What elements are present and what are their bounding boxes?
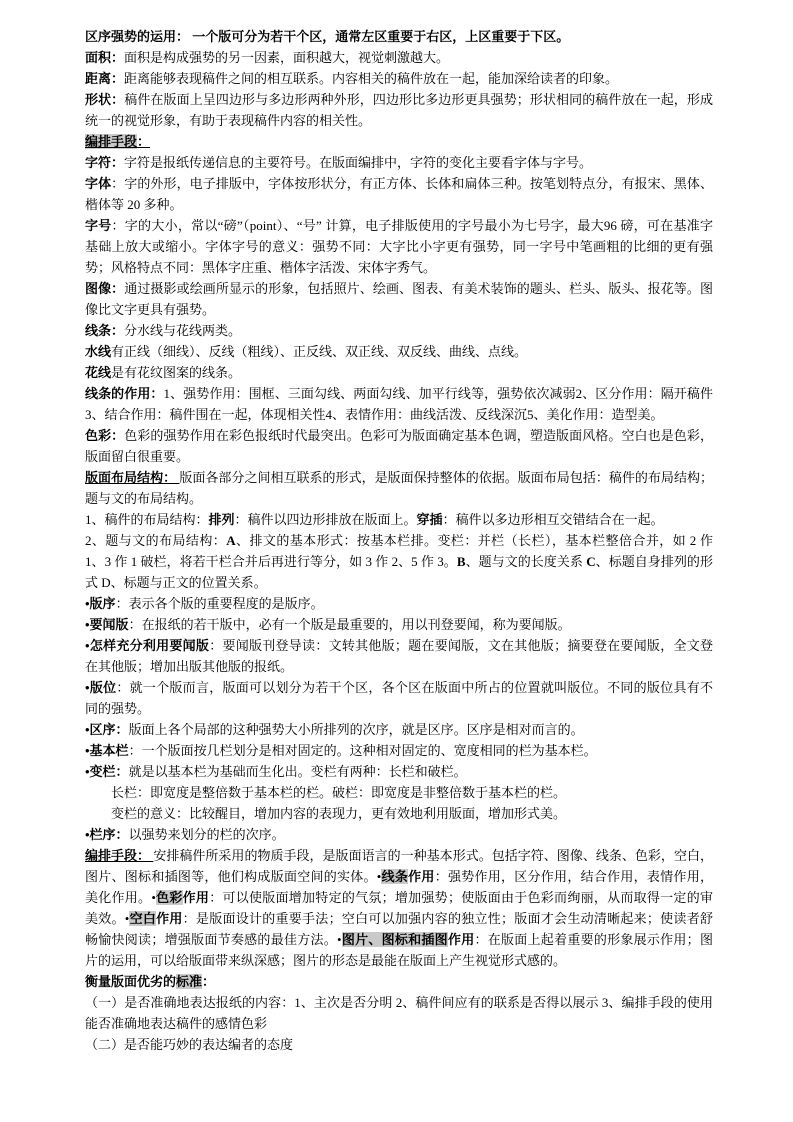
text-run: •栏序： <box>85 827 129 842</box>
paragraph: 区序强势的运用： 一个版可分为若干个区，通常左区重要于右区，上区重要于下区。 <box>85 26 713 47</box>
text-run: 是有花纹图案的线条。 <box>111 365 241 380</box>
paragraph: 字符：字符是报纸传递信息的主要符号。在版面编排中，字符的变化主要看字体与字号。 <box>85 152 713 173</box>
document-page: 区序强势的运用： 一个版可分为若干个区，通常左区重要于右区，上区重要于下区。面积… <box>0 0 793 1122</box>
paragraph: 编排手段： <box>85 131 713 152</box>
text-run: ： <box>137 134 150 149</box>
text-run: 有正线（细线）、反线（粗线）、正反线、双正线、双反线、曲线、点线。 <box>111 344 527 359</box>
text-run: 作用 <box>156 911 183 926</box>
text-run: 版面各部分之间相互联系的形式，是版面保持整体的依据。版面布局包括：稿件的布局结构… <box>85 470 713 506</box>
text-run: 作用 <box>448 932 475 947</box>
text-run: （二）是否能巧妙的表达编者的态度 <box>85 1037 293 1052</box>
text-run: 面积： <box>85 50 124 65</box>
text-run: 空白 <box>129 911 156 926</box>
text-run: 长栏：即宽度是整倍数于基本栏的栏。破栏：即宽度是非整倍数于基本栏的栏。 <box>111 785 566 800</box>
paragraph: 图像：通过摄影或绘画所显示的形象，包括照片、绘画、图表、有美术装饰的题头、栏头、… <box>85 278 713 320</box>
paragraph: 形状：稿件在版面上呈四边形与多边形两种外形，四边形比多边形更具强势；形状相同的稿… <box>85 89 713 131</box>
text-run: 水线 <box>85 344 111 359</box>
text-run: 以强势来划分的栏的次序。 <box>129 827 285 842</box>
text-run: •变栏： <box>85 764 129 779</box>
text-run: 线条的作用： <box>85 386 164 401</box>
paragraph: 变栏的意义：比较醒目，增加内容的表现力，更有效地利用版面，增加形式美。 <box>85 803 713 824</box>
text-run: （一）是否准确地表达报纸的内容：1、主次是否分明 2、稿件间应有的联系是否得以展… <box>85 995 713 1031</box>
text-run: •版序 <box>85 596 116 611</box>
text-run: ：稿件以多边形相互交错结合在一起。 <box>443 512 664 527</box>
paragraph: 字号：字的大小，常以“磅”（point）、“号” 计算，电子排版使用的字号最小为… <box>85 215 713 278</box>
paragraph: （一）是否准确地表达报纸的内容：1、主次是否分明 2、稿件间应有的联系是否得以展… <box>85 992 713 1034</box>
text-run: ：一个版面按几栏划分是相对固定的。这种相对固定的、宽度相同的栏为基本栏。 <box>129 743 597 758</box>
paragraph: 面积：面积是构成强势的另一因素，面积越大，视觉刺激越大。 <box>85 47 713 68</box>
text-run: 面积是构成强势的另一因素，面积越大，视觉刺激越大。 <box>124 50 449 65</box>
text-run: 穿插 <box>417 512 443 527</box>
text-run: 距离能够表现稿件之间的相互联系。内容相关的稿件放在一起，能加深给读者的印象。 <box>124 71 618 86</box>
text-run: 、题与文的长度关系 <box>466 554 587 569</box>
paragraph: •变栏：就是以基本栏为基础而生化出。变栏有两种：长栏和破栏。 <box>85 761 713 782</box>
text-run: 编排手段 <box>85 134 137 149</box>
paragraph: 色彩：色彩的强势作用在彩色报纸时代最突出。色彩可为版面确定基本色调，塑造版面风格… <box>85 425 713 467</box>
paragraph: 线条：分水线与花线两类。 <box>85 320 713 341</box>
paragraph: 2、题与文的布局结构：A、排文的基本形式：按基本栏排。变栏：并栏（长栏），基本栏… <box>85 530 713 593</box>
text-run: 编排手段： <box>85 848 153 863</box>
text-run: 标准 <box>176 974 202 989</box>
text-run: •要闻版 <box>85 617 129 632</box>
text-run: ：字的外形，电子排版中，字体按形状分，有正方体、长体和扁体三种。按笔划特点分，有… <box>85 176 713 212</box>
text-run: 色彩 <box>156 890 183 905</box>
paragraph: 长栏：即宽度是整倍数于基本栏的栏。破栏：即宽度是非整倍数于基本栏的栏。 <box>85 782 713 803</box>
paragraph: 水线有正线（细线）、反线（粗线）、正反线、双正线、双反线、曲线、点线。 <box>85 341 713 362</box>
paragraph: 距离：距离能够表现稿件之间的相互联系。内容相关的稿件放在一起，能加深给读者的印象… <box>85 68 713 89</box>
text-run: 2、题与文的布局结构： <box>85 533 226 548</box>
paragraph: 版面布局结构： 版面各部分之间相互联系的形式，是版面保持整体的依据。版面布局包括… <box>85 467 713 509</box>
text-run: 通过摄影或绘画所显示的形象，包括照片、绘画、图表、有美术装饰的题头、栏头、版头、… <box>85 281 713 317</box>
paragraph: •栏序：以强势来划分的栏的次序。 <box>85 824 713 845</box>
text-run: 距离： <box>85 71 124 86</box>
document-content: 区序强势的运用： 一个版可分为若干个区，通常左区重要于右区，上区重要于下区。面积… <box>85 26 713 1055</box>
paragraph: （二）是否能巧妙的表达编者的态度 <box>85 1034 713 1055</box>
paragraph: 线条的作用：1、强势作用：围框、三面勾线、两面勾线、加平行线等，强势依次减弱2、… <box>85 383 713 425</box>
text-run: ： <box>202 974 215 989</box>
text-run: B <box>457 554 466 569</box>
paragraph: 字体：字的外形，电子排版中，字体按形状分，有正方体、长体和扁体三种。按笔划特点分… <box>85 173 713 215</box>
text-run: 色彩的强势作用在彩色报纸时代最突出。色彩可为版面确定基本色调，塑造版面风格。空白… <box>85 428 713 464</box>
text-run: 图像： <box>85 281 124 296</box>
text-run: 衡量版面优劣的 <box>85 974 176 989</box>
text-run: 作用 <box>183 890 210 905</box>
paragraph: 编排手段： 安排稿件所采用的物质手段，是版面语言的一种基本形式。包括字符、图像、… <box>85 845 713 971</box>
text-run: 分水线与花线两类。 <box>124 323 241 338</box>
text-run: 字号 <box>85 218 112 233</box>
text-run: •怎样充分利用要闻版 <box>85 638 209 653</box>
text-run: 形状： <box>85 92 124 107</box>
text-run: 排列 <box>209 512 235 527</box>
paragraph: •怎样充分利用要闻版：要闻版刊登导读：文转其他版；题在要闻版，文在其他版；摘要登… <box>85 635 713 677</box>
text-run: 花线 <box>85 365 111 380</box>
text-run: ：在报纸的若干版中，必有一个版是最重要的，用以刊登要闻，称为要闻版。 <box>129 617 571 632</box>
text-run: 版面上各个局部的这种强势大小所排列的次序，就是区序。区序是相对而言的。 <box>129 722 584 737</box>
text-run: 线条 <box>381 869 408 884</box>
text-run: 1、稿件的布局结构： <box>85 512 209 527</box>
text-run: 1、强势作用：围框、三面勾线、两面勾线、加平行线等，强势依次减弱2、区分作用：隔… <box>85 386 713 422</box>
paragraph: 花线是有花纹图案的线条。 <box>85 362 713 383</box>
paragraph: •版序：表示各个版的重要程度的是版序。 <box>85 593 713 614</box>
text-run: 稿件在版面上呈四边形与多边形两种外形，四边形比多边形更具强势；形状相同的稿件放在… <box>85 92 713 128</box>
text-run: ：就一个版而言，版面可以划分为若干个区，各个区在版面中所占的位置就叫版位。不同的… <box>85 680 713 716</box>
text-run: ：稿件以四边形排放在版面上。 <box>235 512 417 527</box>
paragraph: •要闻版：在报纸的若干版中，必有一个版是最重要的，用以刊登要闻，称为要闻版。 <box>85 614 713 635</box>
text-run: 线条： <box>85 323 124 338</box>
text-run: 色彩： <box>85 428 124 443</box>
paragraph: •区序：版面上各个局部的这种强势大小所排列的次序，就是区序。区序是相对而言的。 <box>85 719 713 740</box>
paragraph: •版位：就一个版而言，版面可以划分为若干个区，各个区在版面中所占的位置就叫版位。… <box>85 677 713 719</box>
text-run: 字符是报纸传递信息的主要符号。在版面编排中，字符的变化主要看字体与字号。 <box>124 155 592 170</box>
text-run: C <box>586 554 595 569</box>
text-run: •版位 <box>85 680 116 695</box>
text-run: 区序强势的运用： 一个版可分为若干个区，通常左区重要于右区，上区重要于下区。 <box>85 29 569 44</box>
text-run: 字体 <box>85 176 111 191</box>
text-run: 版面布局结构： <box>85 470 179 485</box>
paragraph: 衡量版面优劣的标准： <box>85 971 713 992</box>
text-run: 变栏的意义：比较醒目，增加内容的表现力，更有效地利用版面，增加形式美。 <box>111 806 566 821</box>
text-run: ：字的大小，常以“磅”（point）、“号” 计算，电子排版使用的字号最小为七号… <box>85 218 713 275</box>
text-run: 就是以基本栏为基础而生化出。变栏有两种：长栏和破栏。 <box>129 764 467 779</box>
paragraph: 1、稿件的布局结构：排列：稿件以四边形排放在版面上。穿插：稿件以多边形相互交错结… <box>85 509 713 530</box>
paragraph: •基本栏：一个版面按几栏划分是相对固定的。这种相对固定的、宽度相同的栏为基本栏。 <box>85 740 713 761</box>
text-run: 图片、图标和插图 <box>342 932 448 947</box>
text-run: 字符： <box>85 155 124 170</box>
text-run: 作用 <box>408 869 435 884</box>
text-run: •基本栏 <box>85 743 129 758</box>
text-run: A <box>226 533 235 548</box>
text-run: ：表示各个版的重要程度的是版序。 <box>116 596 324 611</box>
text-run: •区序： <box>85 722 129 737</box>
